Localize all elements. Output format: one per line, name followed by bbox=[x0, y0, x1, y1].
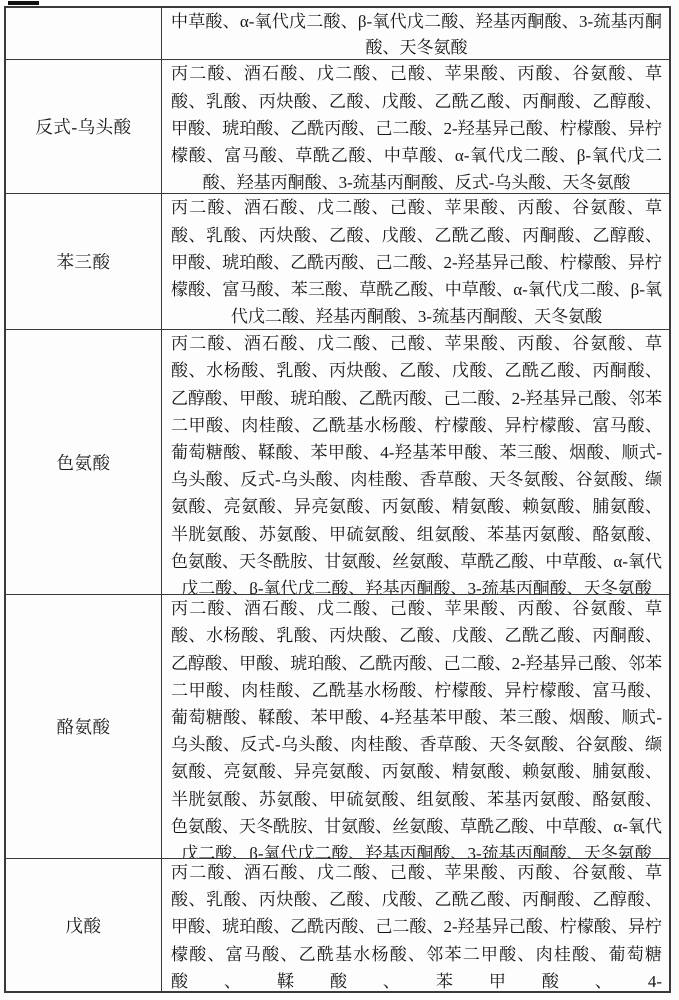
row-label-cell: 酪氨酸 bbox=[6, 595, 162, 858]
table-row-trans-aconitic-acid: 反式-乌头酸 丙二酸、酒石酸、戊二酸、己酸、苹果酸、丙酸、谷氨酸、草酸、乳酸、丙… bbox=[6, 60, 669, 194]
table-row-tyrosine: 酪氨酸 丙二酸、酒石酸、戊二酸、己酸、苹果酸、丙酸、谷氨酸、草酸、水杨酸、乳酸、… bbox=[6, 595, 669, 859]
acid-table: 中草酸、α-氧代戊二酸、β-氧代戊二酸、羟基丙酮酸、3-巯基丙酮酸、天冬氨酸 反… bbox=[4, 6, 671, 993]
row-content: 丙二酸、酒石酸、戊二酸、己酸、苹果酸、丙酸、谷氨酸、草酸、乳酸、丙炔酸、乙酸、戊… bbox=[162, 859, 669, 991]
row-label-cell bbox=[6, 8, 162, 59]
scan-artifact-mark bbox=[8, 1, 39, 5]
row-label-cell: 反式-乌头酸 bbox=[6, 60, 162, 193]
table-row-tryptophan: 色氨酸 丙二酸、酒石酸、戊二酸、己酸、苹果酸、丙酸、谷氨酸、草酸、水杨酸、乳酸、… bbox=[6, 330, 669, 595]
row-content: 丙二酸、酒石酸、戊二酸、己酸、苹果酸、丙酸、谷氨酸、草酸、水杨酸、乳酸、丙炔酸、… bbox=[162, 330, 669, 594]
row-content: 丙二酸、酒石酸、戊二酸、己酸、苹果酸、丙酸、谷氨酸、草酸、乳酸、丙炔酸、乙酸、戊… bbox=[162, 60, 669, 193]
row-content: 丙二酸、酒石酸、戊二酸、己酸、苹果酸、丙酸、谷氨酸、草酸、乳酸、丙炔酸、乙酸、戊… bbox=[162, 194, 669, 329]
row-content: 丙二酸、酒石酸、戊二酸、己酸、苹果酸、丙酸、谷氨酸、草酸、水杨酸、乳酸、丙炔酸、… bbox=[162, 595, 669, 858]
table-row-benzenetricarboxylic-acid: 苯三酸 丙二酸、酒石酸、戊二酸、己酸、苹果酸、丙酸、谷氨酸、草酸、乳酸、丙炔酸、… bbox=[6, 194, 669, 330]
row-label-cell: 苯三酸 bbox=[6, 194, 162, 329]
row-content: 中草酸、α-氧代戊二酸、β-氧代戊二酸、羟基丙酮酸、3-巯基丙酮酸、天冬氨酸 bbox=[162, 8, 669, 59]
row-label-cell: 色氨酸 bbox=[6, 330, 162, 594]
row-label-cell: 戊酸 bbox=[6, 859, 162, 991]
table-row-continuation: 中草酸、α-氧代戊二酸、β-氧代戊二酸、羟基丙酮酸、3-巯基丙酮酸、天冬氨酸 bbox=[6, 8, 669, 60]
table-row-valeric-acid: 戊酸 丙二酸、酒石酸、戊二酸、己酸、苹果酸、丙酸、谷氨酸、草酸、乳酸、丙炔酸、乙… bbox=[6, 859, 669, 991]
document-page: 中草酸、α-氧代戊二酸、β-氧代戊二酸、羟基丙酮酸、3-巯基丙酮酸、天冬氨酸 反… bbox=[0, 0, 679, 1000]
